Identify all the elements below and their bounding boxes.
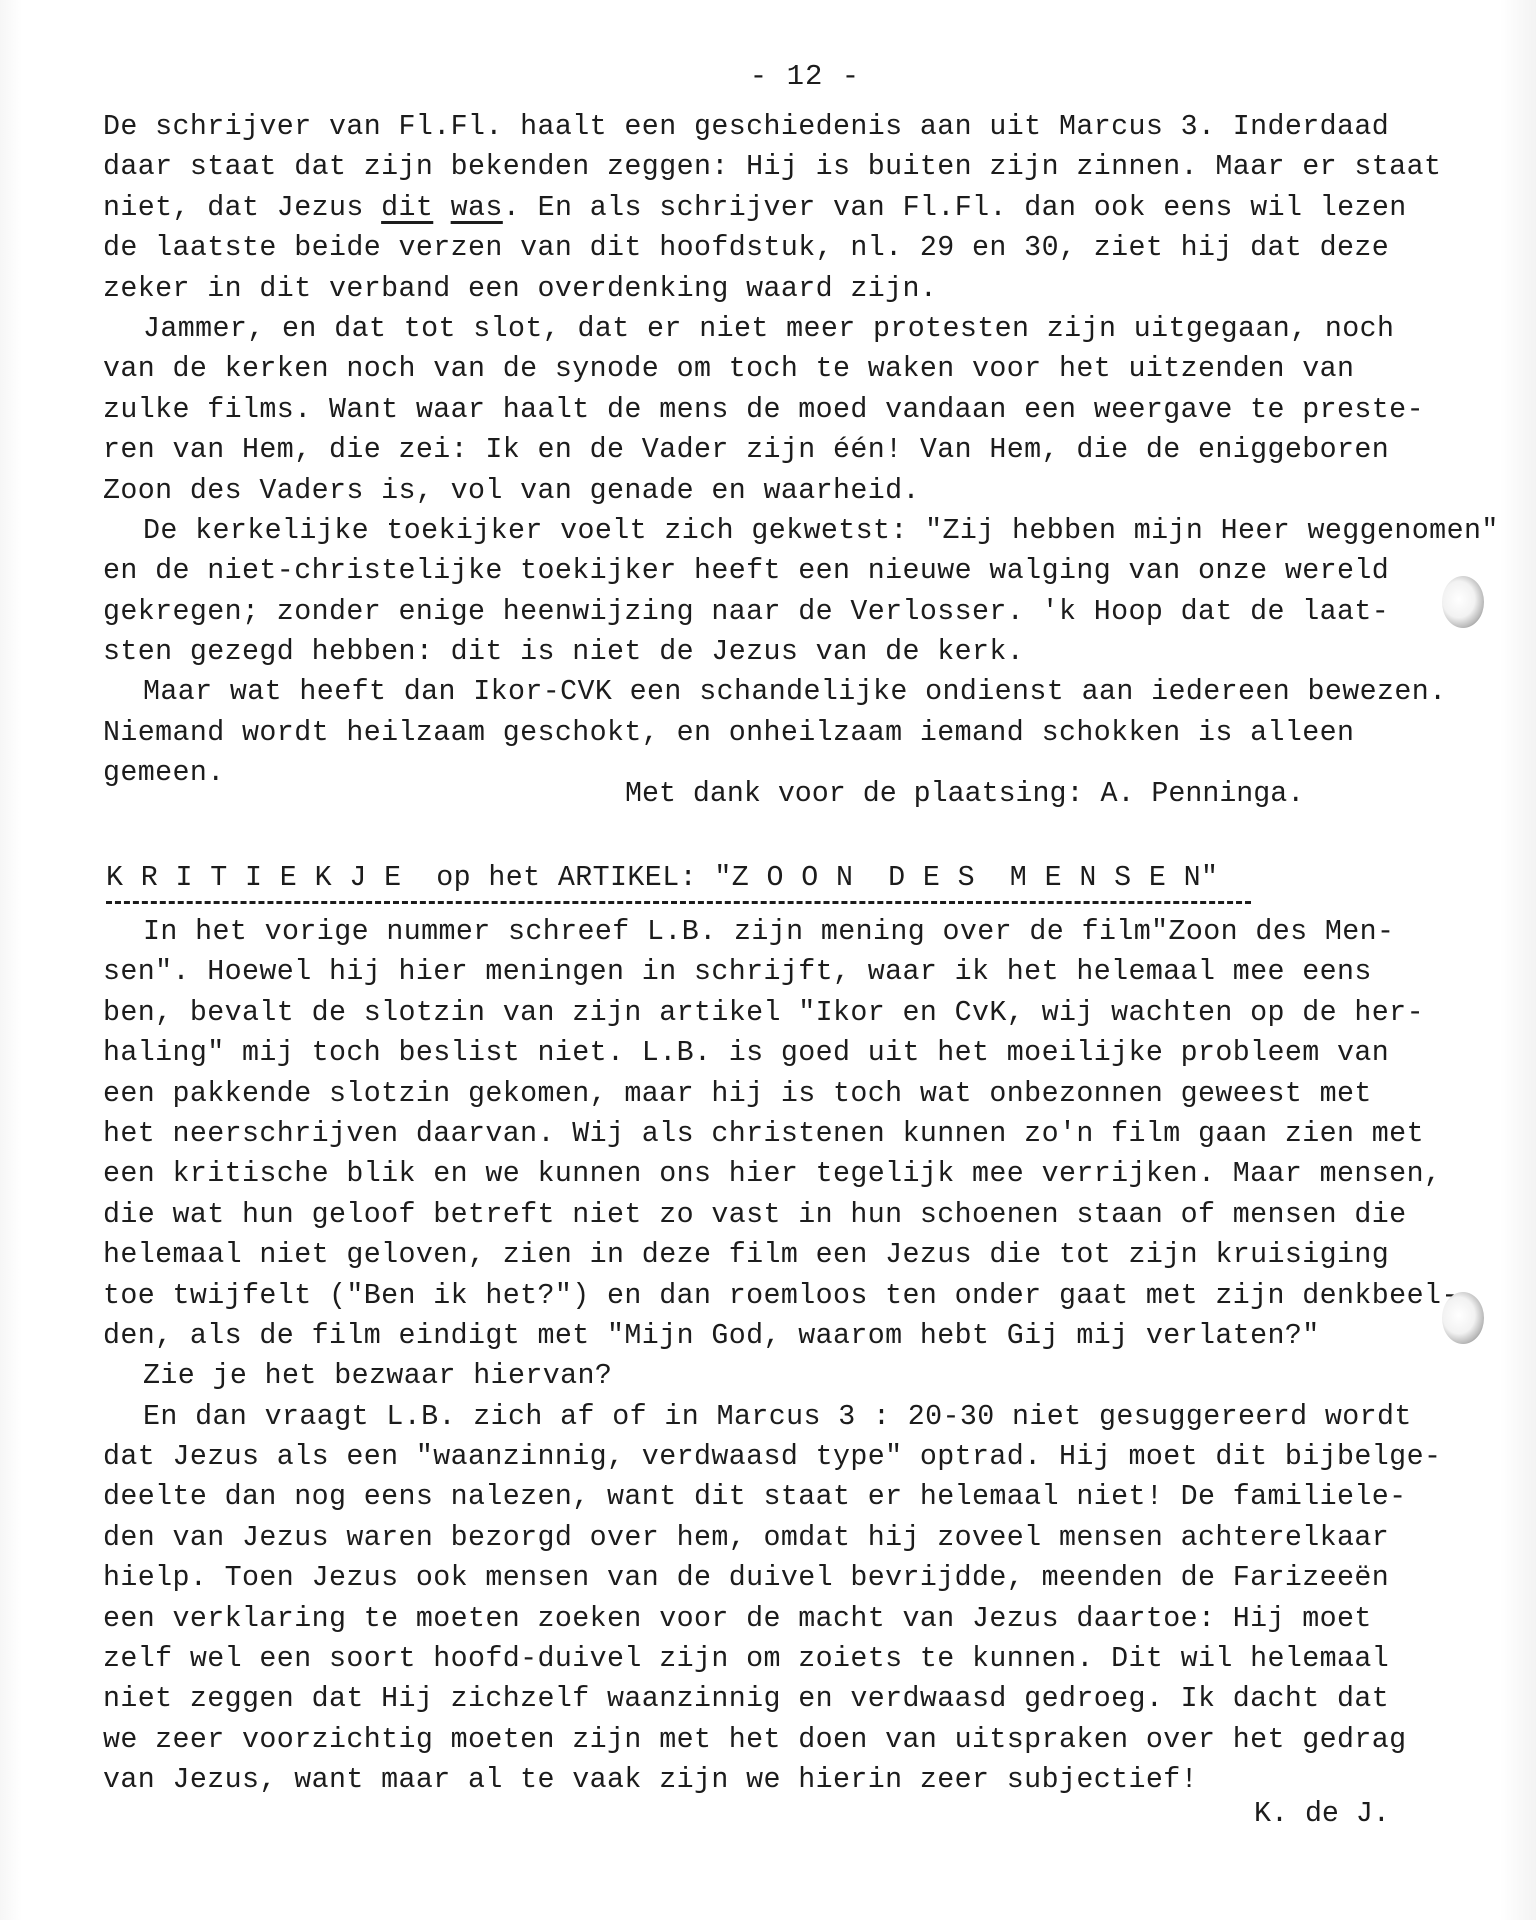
text-line: van Jezus, want maar al te vaak zijn we …	[103, 1760, 1503, 1800]
underlined-word: dit	[381, 192, 433, 224]
text-line: En dan vraagt L.B. zich af of in Marcus …	[103, 1397, 1503, 1437]
punch-hole-icon	[1442, 576, 1484, 628]
heading-underline	[106, 901, 1251, 904]
text-line: ren van Hem, die zei: Ik en de Vader zij…	[103, 430, 1503, 470]
page-number: - 12 -	[0, 60, 1536, 93]
text-line: helemaal niet geloven, zien in deze film…	[103, 1235, 1503, 1275]
document-page: - 12 - De schrijver van Fl.Fl. haalt een…	[0, 0, 1536, 1920]
text-line: toe twijfelt ("Ben ik het?") en dan roem…	[103, 1276, 1503, 1316]
text-line: een verklaring te moeten zoeken voor de …	[103, 1599, 1503, 1639]
text-line: Maar wat heeft dan Ikor-CVK een schandel…	[103, 672, 1503, 712]
text-line: daar staat dat zijn bekenden zeggen: Hij…	[103, 147, 1503, 187]
text-line: Zoon des Vaders is, vol van genade en wa…	[103, 471, 1503, 511]
text-line: Jammer, en dat tot slot, dat er niet mee…	[103, 309, 1503, 349]
text-line: niet, dat Jezus dit was. En als schrijve…	[103, 188, 1503, 228]
text-line: van de kerken noch van de synode om toch…	[103, 349, 1503, 389]
text-line: die wat hun geloof betreft niet zo vast …	[103, 1195, 1503, 1235]
text-line: den, als de film eindigt met "Mijn God, …	[103, 1316, 1503, 1356]
text-line: het neerschrijven daarvan. Wij als chris…	[103, 1114, 1503, 1154]
text-line: dat Jezus als een "waanzinnig, verdwaasd…	[103, 1437, 1503, 1477]
text-line: hielp. Toen Jezus ook mensen van de duiv…	[103, 1558, 1503, 1598]
underlined-word: was	[451, 192, 503, 224]
article-penninga: De schrijver van Fl.Fl. haalt een geschi…	[103, 107, 1503, 794]
text-line: niet zeggen dat Hij zichzelf waanzinnig …	[103, 1679, 1503, 1719]
text-line: ben, bevalt de slotzin van zijn artikel …	[103, 993, 1503, 1033]
text-line: we zeer voorzichtig moeten zijn met het …	[103, 1720, 1503, 1760]
text-line: In het vorige nummer schreef L.B. zijn m…	[103, 912, 1503, 952]
signature-penninga: Met dank voor de plaatsing: A. Penninga.	[625, 778, 1304, 810]
text-line: haling" mij toch beslist niet. L.B. is g…	[103, 1033, 1503, 1073]
text-line: De kerkelijke toekijker voelt zich gekwe…	[103, 511, 1503, 551]
text-line: de laatste beide verzen van dit hoofdstu…	[103, 228, 1503, 268]
text-line: zelf wel een soort hoofd-duivel zijn om …	[103, 1639, 1503, 1679]
text-line: een pakkende slotzin gekomen, maar hij i…	[103, 1074, 1503, 1114]
article-kritiekje: In het vorige nummer schreef L.B. zijn m…	[103, 912, 1503, 1801]
punch-hole-icon	[1442, 1292, 1484, 1344]
text-line: deelte dan nog eens nalezen, want dit st…	[103, 1477, 1503, 1517]
article-heading: K R I T I E K J E op het ARTIKEL: "Z O O…	[106, 862, 1218, 894]
text-line: Niemand wordt heilzaam geschokt, en onhe…	[103, 713, 1503, 753]
text-line: den van Jezus waren bezorgd over hem, om…	[103, 1518, 1503, 1558]
text-line: en de niet-christelijke toekijker heeft …	[103, 551, 1503, 591]
text-line: zeker in dit verband een overdenking waa…	[103, 269, 1503, 309]
text-line: zulke films. Want waar haalt de mens de …	[103, 390, 1503, 430]
text-fragment: . En als schrijver van Fl.Fl. dan ook ee…	[503, 192, 1407, 224]
text-line: sten gezegd hebben: dit is niet de Jezus…	[103, 632, 1503, 672]
text-fragment	[433, 192, 450, 224]
text-line: Zie je het bezwaar hiervan?	[103, 1356, 1503, 1396]
text-line: De schrijver van Fl.Fl. haalt een geschi…	[103, 107, 1503, 147]
text-fragment: niet, dat Jezus	[103, 192, 381, 224]
text-line: gekregen; zonder enige heenwijzing naar …	[103, 592, 1503, 632]
text-line: een kritische blik en we kunnen ons hier…	[103, 1154, 1503, 1194]
signature-kdej: K. de J.	[1254, 1798, 1390, 1830]
text-line: sen". Hoewel hij hier meningen in schrij…	[103, 952, 1503, 992]
